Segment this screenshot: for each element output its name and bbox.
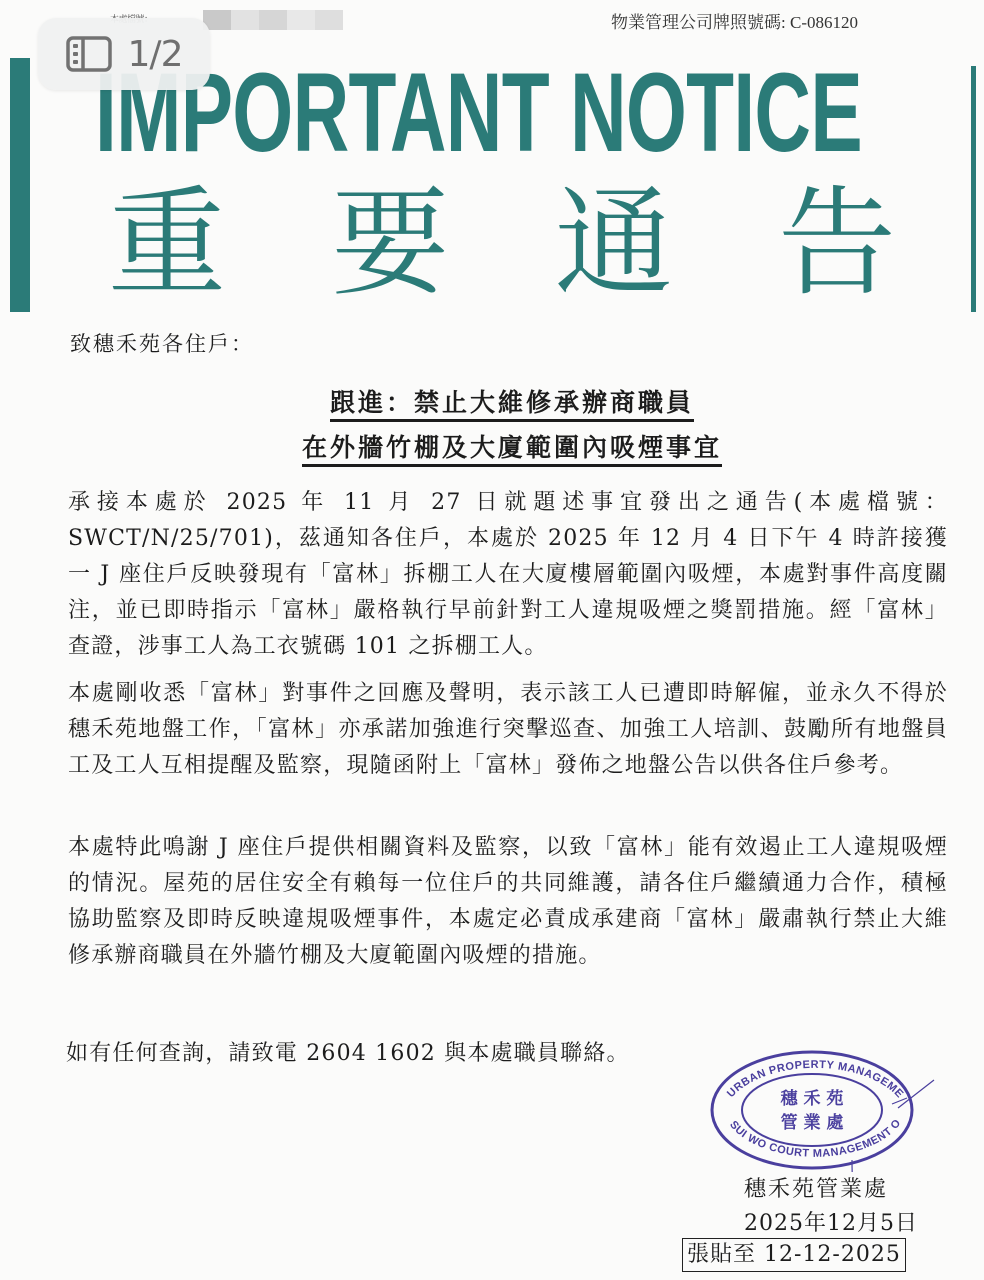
title-char: 通: [539, 178, 689, 308]
subject-line-2: 在外牆竹棚及大廈範圍內吸煙事宜: [20, 428, 984, 464]
title-char: 重: [92, 178, 242, 308]
stamp-inner-line-1: 穗 禾 苑: [780, 1088, 844, 1109]
title-char: 要: [315, 178, 465, 308]
body-paragraph-1: 承接本處於 2025 年 11 月 27 日就題述事宜發出之通告(本處檔號：SW…: [68, 485, 948, 665]
redaction-mosaic: [203, 10, 343, 30]
salutation: 致穗禾苑各住戶：: [70, 328, 254, 358]
company-stamp: URBAN PROPERTY MANAGEMENT LTD. SUI WO CO…: [710, 1048, 890, 1153]
page-count: 1/2: [128, 34, 183, 75]
posting-expiry-box: 張貼至 12-12-2025: [682, 1238, 906, 1272]
title-chinese: 重 要 通 告: [92, 178, 912, 308]
subject-text: 在外牆竹棚及大廈範圍內吸煙事宜: [302, 433, 722, 467]
stamp-inner-line-2: 管 業 處: [781, 1112, 844, 1133]
sidebar-panel-icon: [66, 36, 112, 72]
page-indicator-badge[interactable]: 1/2: [38, 18, 210, 90]
header-bar-left: [10, 58, 30, 312]
subject-text: 跟進：禁止大維修承辦商職員: [330, 388, 694, 422]
license-number: 物業管理公司牌照號碼: C-086120: [611, 8, 858, 33]
subject-line-1: 跟進：禁止大維修承辦商職員: [20, 383, 984, 419]
header-bar-right: [971, 66, 976, 312]
body-paragraph-2: 本處剛收悉「富林」對事件之回應及聲明，表示該工人已遭即時解僱，並永久不得於穗禾苑…: [68, 676, 948, 784]
enquiry-line: 如有任何查詢，請致電 2604 1602 與本處職員聯絡。: [66, 1036, 630, 1067]
issuing-office: 穗禾苑管業處: [744, 1172, 888, 1203]
issue-date: 2025年12月5日: [744, 1206, 918, 1237]
body-paragraph-3: 本處特此鳴謝 J 座住戶提供相關資料及監察，以致「富林」能有效遏止工人違規吸煙的…: [68, 830, 948, 974]
title-char: 告: [762, 178, 912, 308]
